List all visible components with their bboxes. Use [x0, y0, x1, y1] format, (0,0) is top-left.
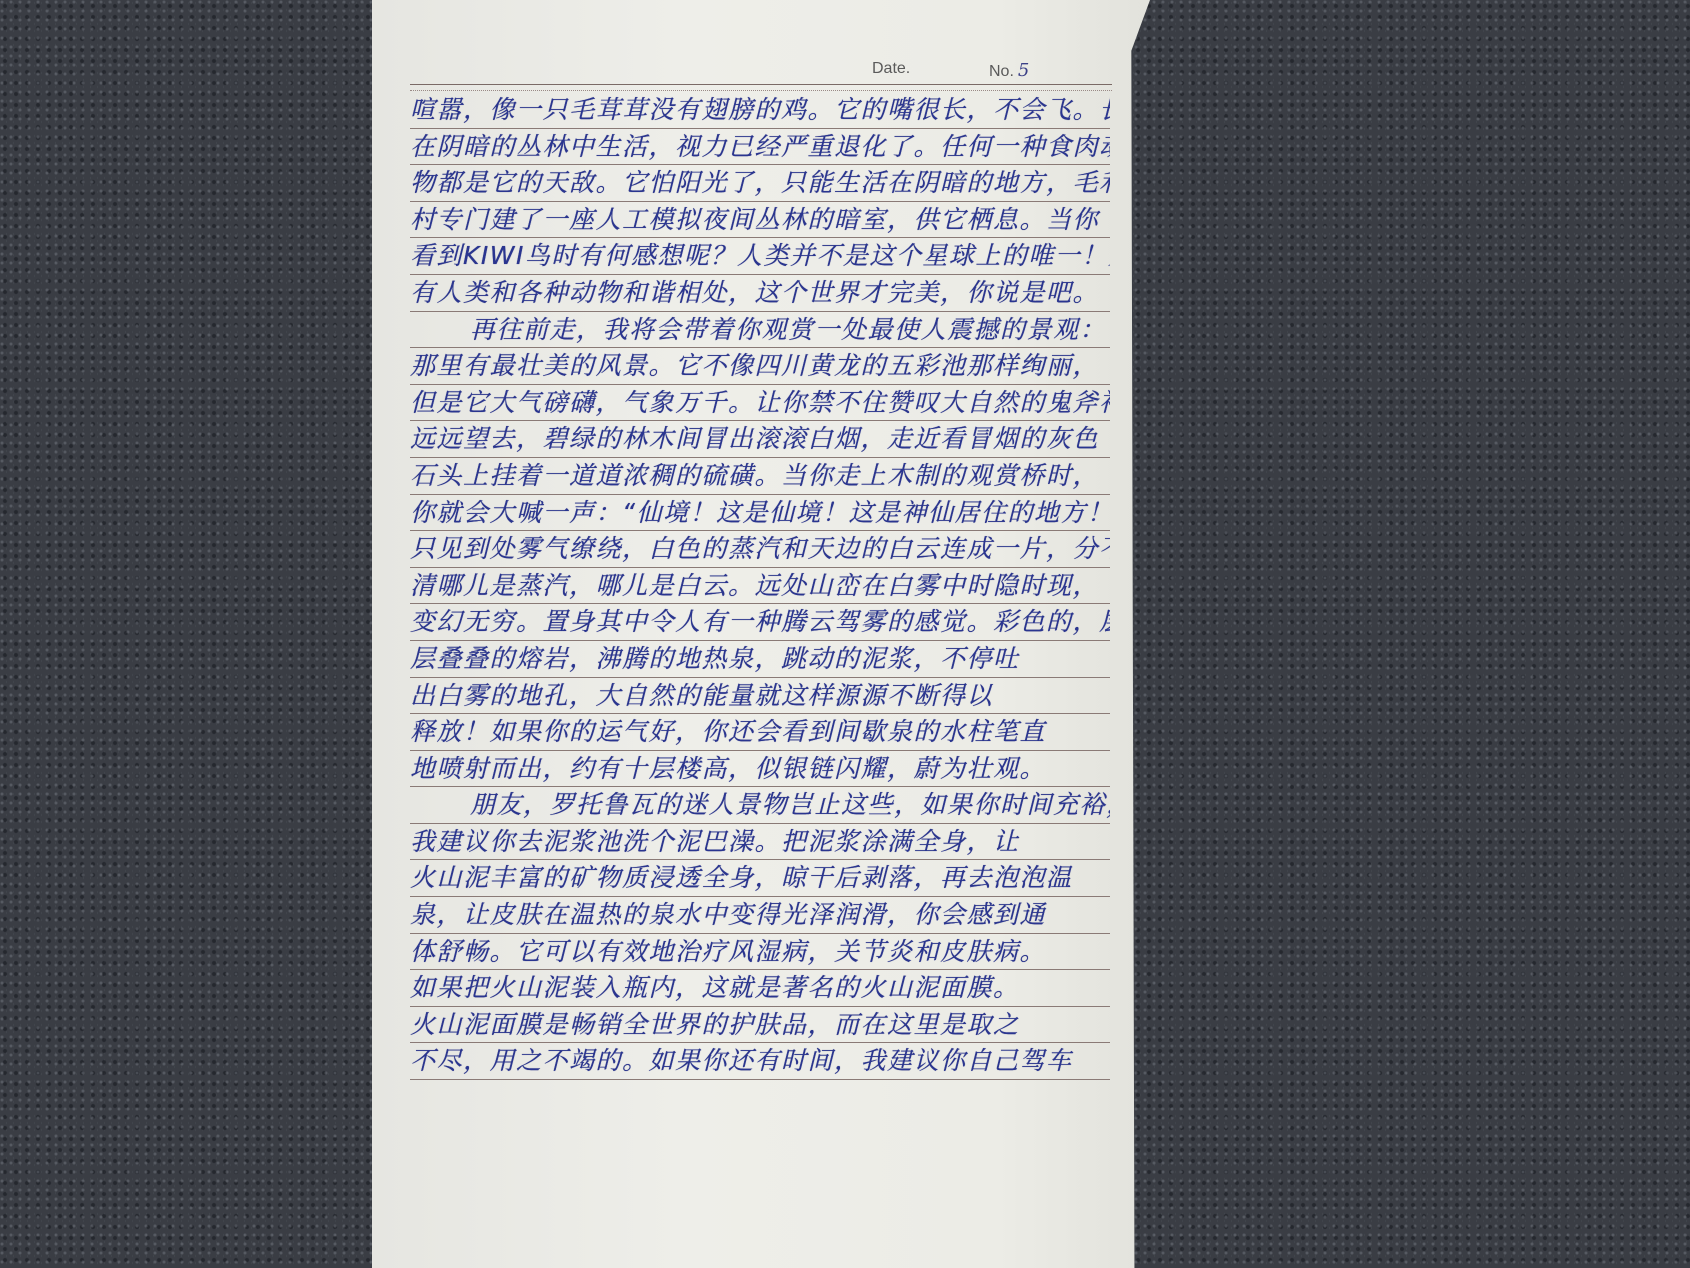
handwritten-line: 但是它大气磅礴，气象万千。让你禁不住赞叹大自然的鬼斧神工！: [410, 385, 1110, 422]
handwritten-line: 石头上挂着一道道浓稠的硫磺。当你走上木制的观赏桥时，: [410, 458, 1110, 495]
header-rule: [410, 84, 1112, 85]
handwritten-line: 在阴暗的丛林中生活，视力已经严重退化了。任何一种食肉动: [410, 129, 1110, 166]
handwritten-line: 有人类和各种动物和谐相处，这个世界才完美，你说是吧。: [410, 275, 1110, 312]
page-header: Date. No.5: [372, 60, 1150, 84]
handwritten-line: 村专门建了一座人工模拟夜间丛林的暗室，供它栖息。当你: [410, 202, 1110, 239]
handwritten-line: 只见到处雾气缭绕，白色的蒸汽和天边的白云连成一片，分不: [410, 531, 1110, 568]
handwritten-line: 火山泥丰富的矿物质浸透全身，晾干后剥落，再去泡泡温: [410, 860, 1110, 897]
letter-body: 喧嚣，像一只毛茸茸没有翅膀的鸡。它的嘴很长，不会飞。长期在阴暗的丛林中生活，视力…: [410, 92, 1110, 1080]
handwritten-line: 体舒畅。它可以有效地治疗风湿病，关节炎和皮肤病。: [410, 934, 1110, 971]
handwritten-line: 释放！如果你的运气好，你还会看到间歇泉的水柱笔直: [410, 714, 1110, 751]
handwritten-line: 看到KIWI鸟时有何感想呢？人类并不是这个星球上的唯一！只: [410, 238, 1110, 275]
handwritten-line: 朋友，罗托鲁瓦的迷人景物岂止这些，如果你时间充裕，: [410, 787, 1110, 824]
handwritten-line: 出白雾的地孔，大自然的能量就这样源源不断得以: [410, 678, 1110, 715]
handwritten-line: 喧嚣，像一只毛茸茸没有翅膀的鸡。它的嘴很长，不会飞。长期: [410, 92, 1110, 129]
handwritten-line: 层叠叠的熔岩，沸腾的地热泉，跳动的泥浆，不停吐: [410, 641, 1110, 678]
page-number-value: 5: [1018, 60, 1029, 81]
handwritten-line: 远远望去，碧绿的林木间冒出滚滚白烟，走近看冒烟的灰色: [410, 421, 1110, 458]
header-dotted-rule: [410, 90, 1112, 91]
handwritten-line: 再往前走，我将会带着你观赏一处最使人震撼的景观：: [410, 312, 1110, 349]
handwritten-line: 物都是它的天敌。它怕阳光了，只能生活在阴暗的地方，毛利: [410, 165, 1110, 202]
handwritten-line: 清哪儿是蒸汽，哪儿是白云。远处山峦在白雾中时隐时现，: [410, 568, 1110, 605]
handwritten-line: 地喷射而出，约有十层楼高，似银链闪耀，蔚为壮观。: [410, 751, 1110, 788]
no-label-text: No.: [989, 63, 1014, 80]
date-label: Date.: [872, 60, 910, 78]
handwritten-line: 如果把火山泥装入瓶内，这就是著名的火山泥面膜。: [410, 970, 1110, 1007]
handwritten-letter-page: Date. No.5 喧嚣，像一只毛茸茸没有翅膀的鸡。它的嘴很长，不会飞。长期在…: [372, 0, 1150, 1268]
page-number-label: No.5: [989, 60, 1029, 81]
handwritten-line: 不尽，用之不竭的。如果你还有时间，我建议你自己驾车: [410, 1043, 1110, 1080]
handwritten-line: 那里有最壮美的风景。它不像四川黄龙的五彩池那样绚丽，: [410, 348, 1110, 385]
handwritten-line: 你就会大喊一声：“仙境！这是仙境！这是神仙居住的地方！”: [410, 495, 1110, 532]
handwritten-line: 火山泥面膜是畅销全世界的护肤品，而在这里是取之: [410, 1007, 1110, 1044]
handwritten-line: 我建议你去泥浆池洗个泥巴澡。把泥浆涂满全身，让: [410, 824, 1110, 861]
handwritten-line: 变幻无穷。置身其中令人有一种腾云驾雾的感觉。彩色的，层: [410, 604, 1110, 641]
handwritten-line: 泉，让皮肤在温热的泉水中变得光泽润滑，你会感到通: [410, 897, 1110, 934]
